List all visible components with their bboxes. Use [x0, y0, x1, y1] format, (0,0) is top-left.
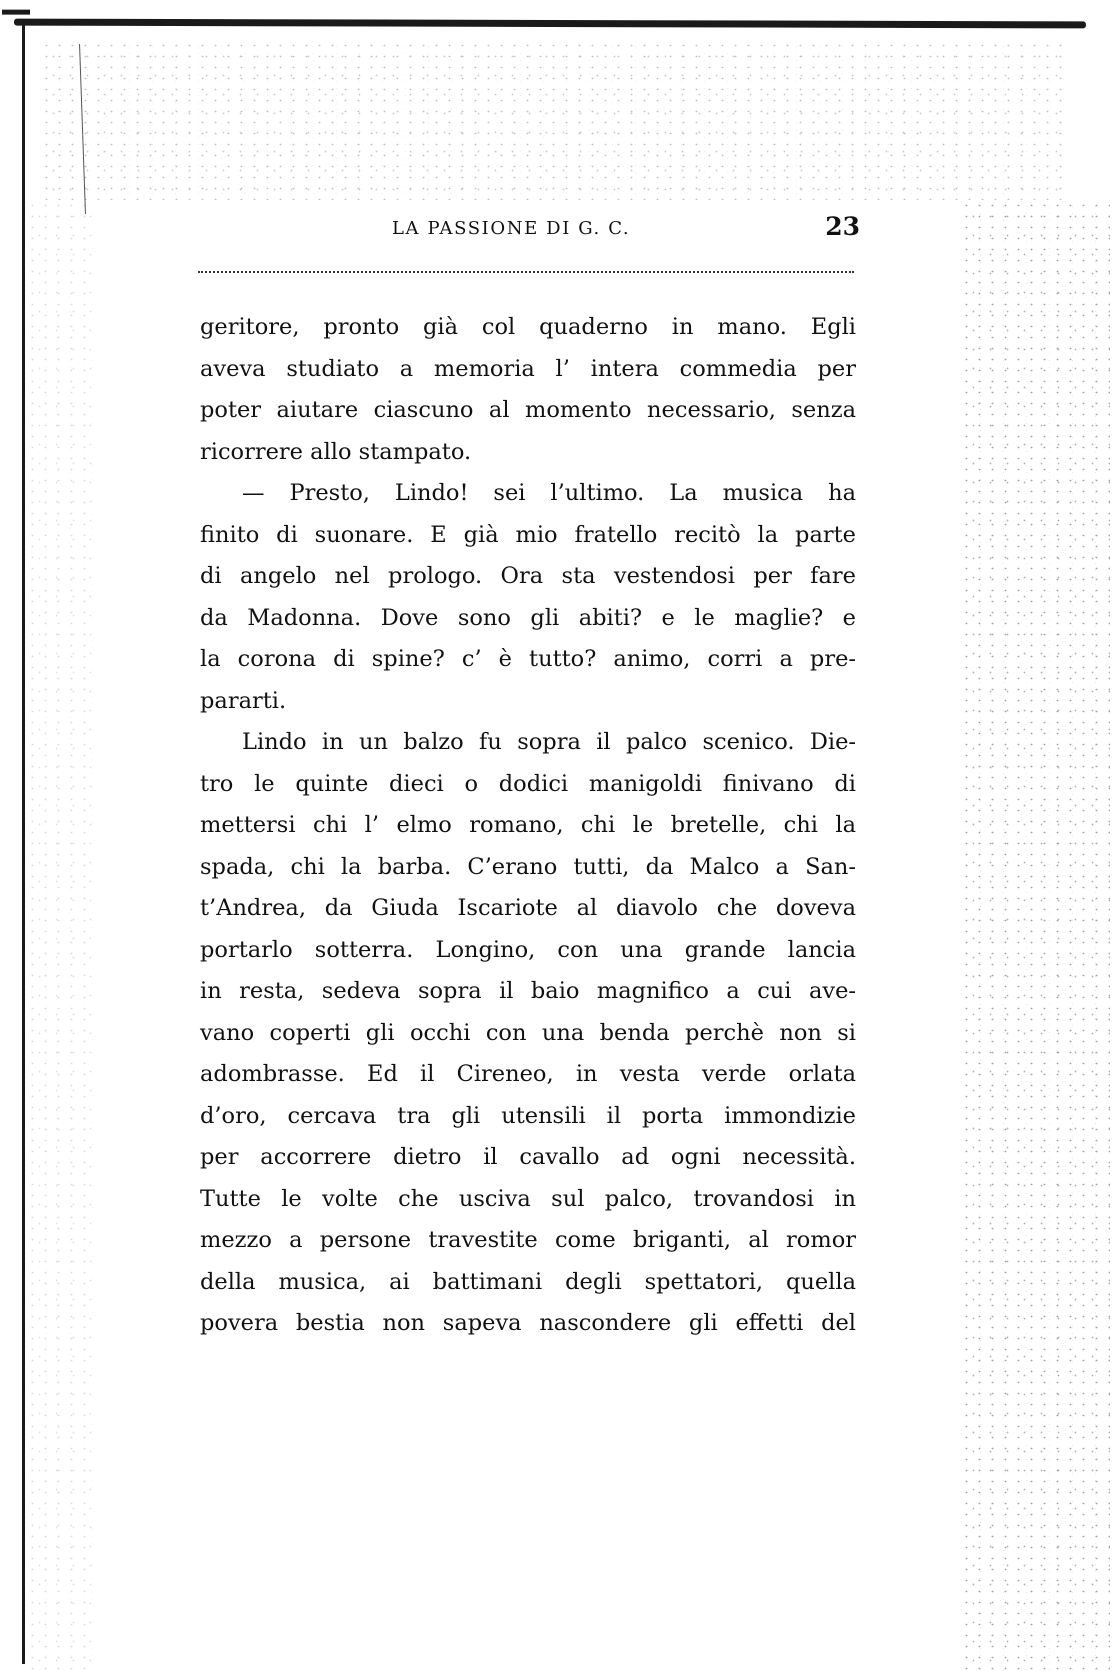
text-line: Lindo in un balzo fu sopra il palco scen…	[200, 722, 856, 764]
body-text: geritore, pronto già col quaderno in man…	[200, 307, 856, 1345]
text-line: ricorrere allo stampato.	[200, 432, 856, 474]
text-line: Tutte le volte che usciva sul palco, tro…	[200, 1179, 856, 1221]
text-line: tro le quinte dieci o dodici manigoldi f…	[200, 764, 856, 806]
text-line: finito di suonare. E già mio fratello re…	[200, 515, 856, 557]
running-title: LA PASSIONE DI G. C.	[392, 218, 630, 239]
scan-left-border	[22, 24, 25, 1664]
text-line: povera bestia non sapeva nascondere gli …	[200, 1303, 856, 1345]
scan-noise-left	[26, 200, 96, 1670]
text-line: — Presto, Lindo! sei l’ultimo. La musica…	[200, 473, 856, 515]
text-line: mezzo a persone travestite come briganti…	[200, 1220, 856, 1262]
header-dotted-rule	[198, 271, 854, 273]
text-line: per accorrere dietro il cavallo ad ogni …	[200, 1137, 856, 1179]
text-line: pararti.	[200, 681, 856, 723]
text-line: portarlo sotterra. Longino, con una gran…	[200, 930, 856, 972]
text-line: della musica, ai battimani degli spettat…	[200, 1262, 856, 1304]
page-number: 23	[825, 212, 860, 241]
text-line: in resta, sedeva sopra il baio magnifico…	[200, 971, 856, 1013]
text-line: spada, chi la barba. C’erano tutti, da M…	[200, 847, 856, 889]
scan-top-border	[14, 19, 1086, 29]
text-line: la corona di spine? c’ è tutto? animo, c…	[200, 639, 856, 681]
text-line: geritore, pronto già col quaderno in man…	[200, 307, 856, 349]
text-line: da Madonna. Dove sono gli abiti? e le ma…	[200, 598, 856, 640]
scan-noise-top	[40, 40, 1070, 200]
text-line: d’oro, cercava tra gli utensili il porta…	[200, 1096, 856, 1138]
text-line: t’Andrea, da Giuda Iscariote al diavolo …	[200, 888, 856, 930]
text-line: aveva studiato a memoria l’ intera comme…	[200, 349, 856, 391]
text-line: poter aiutare ciascuno al momento necess…	[200, 390, 856, 432]
text-line: di angelo nel prologo. Ora sta vestendos…	[200, 556, 856, 598]
text-line: vano coperti gli occhi con una benda per…	[200, 1013, 856, 1055]
text-line: adombrasse. Ed il Cireneo, in vesta verd…	[200, 1054, 856, 1096]
scan-noise-right	[960, 200, 1110, 1670]
running-head: LA PASSIONE DI G. C. 23	[200, 212, 860, 252]
text-line: mettersi chi l’ elmo romano, chi le bret…	[200, 805, 856, 847]
